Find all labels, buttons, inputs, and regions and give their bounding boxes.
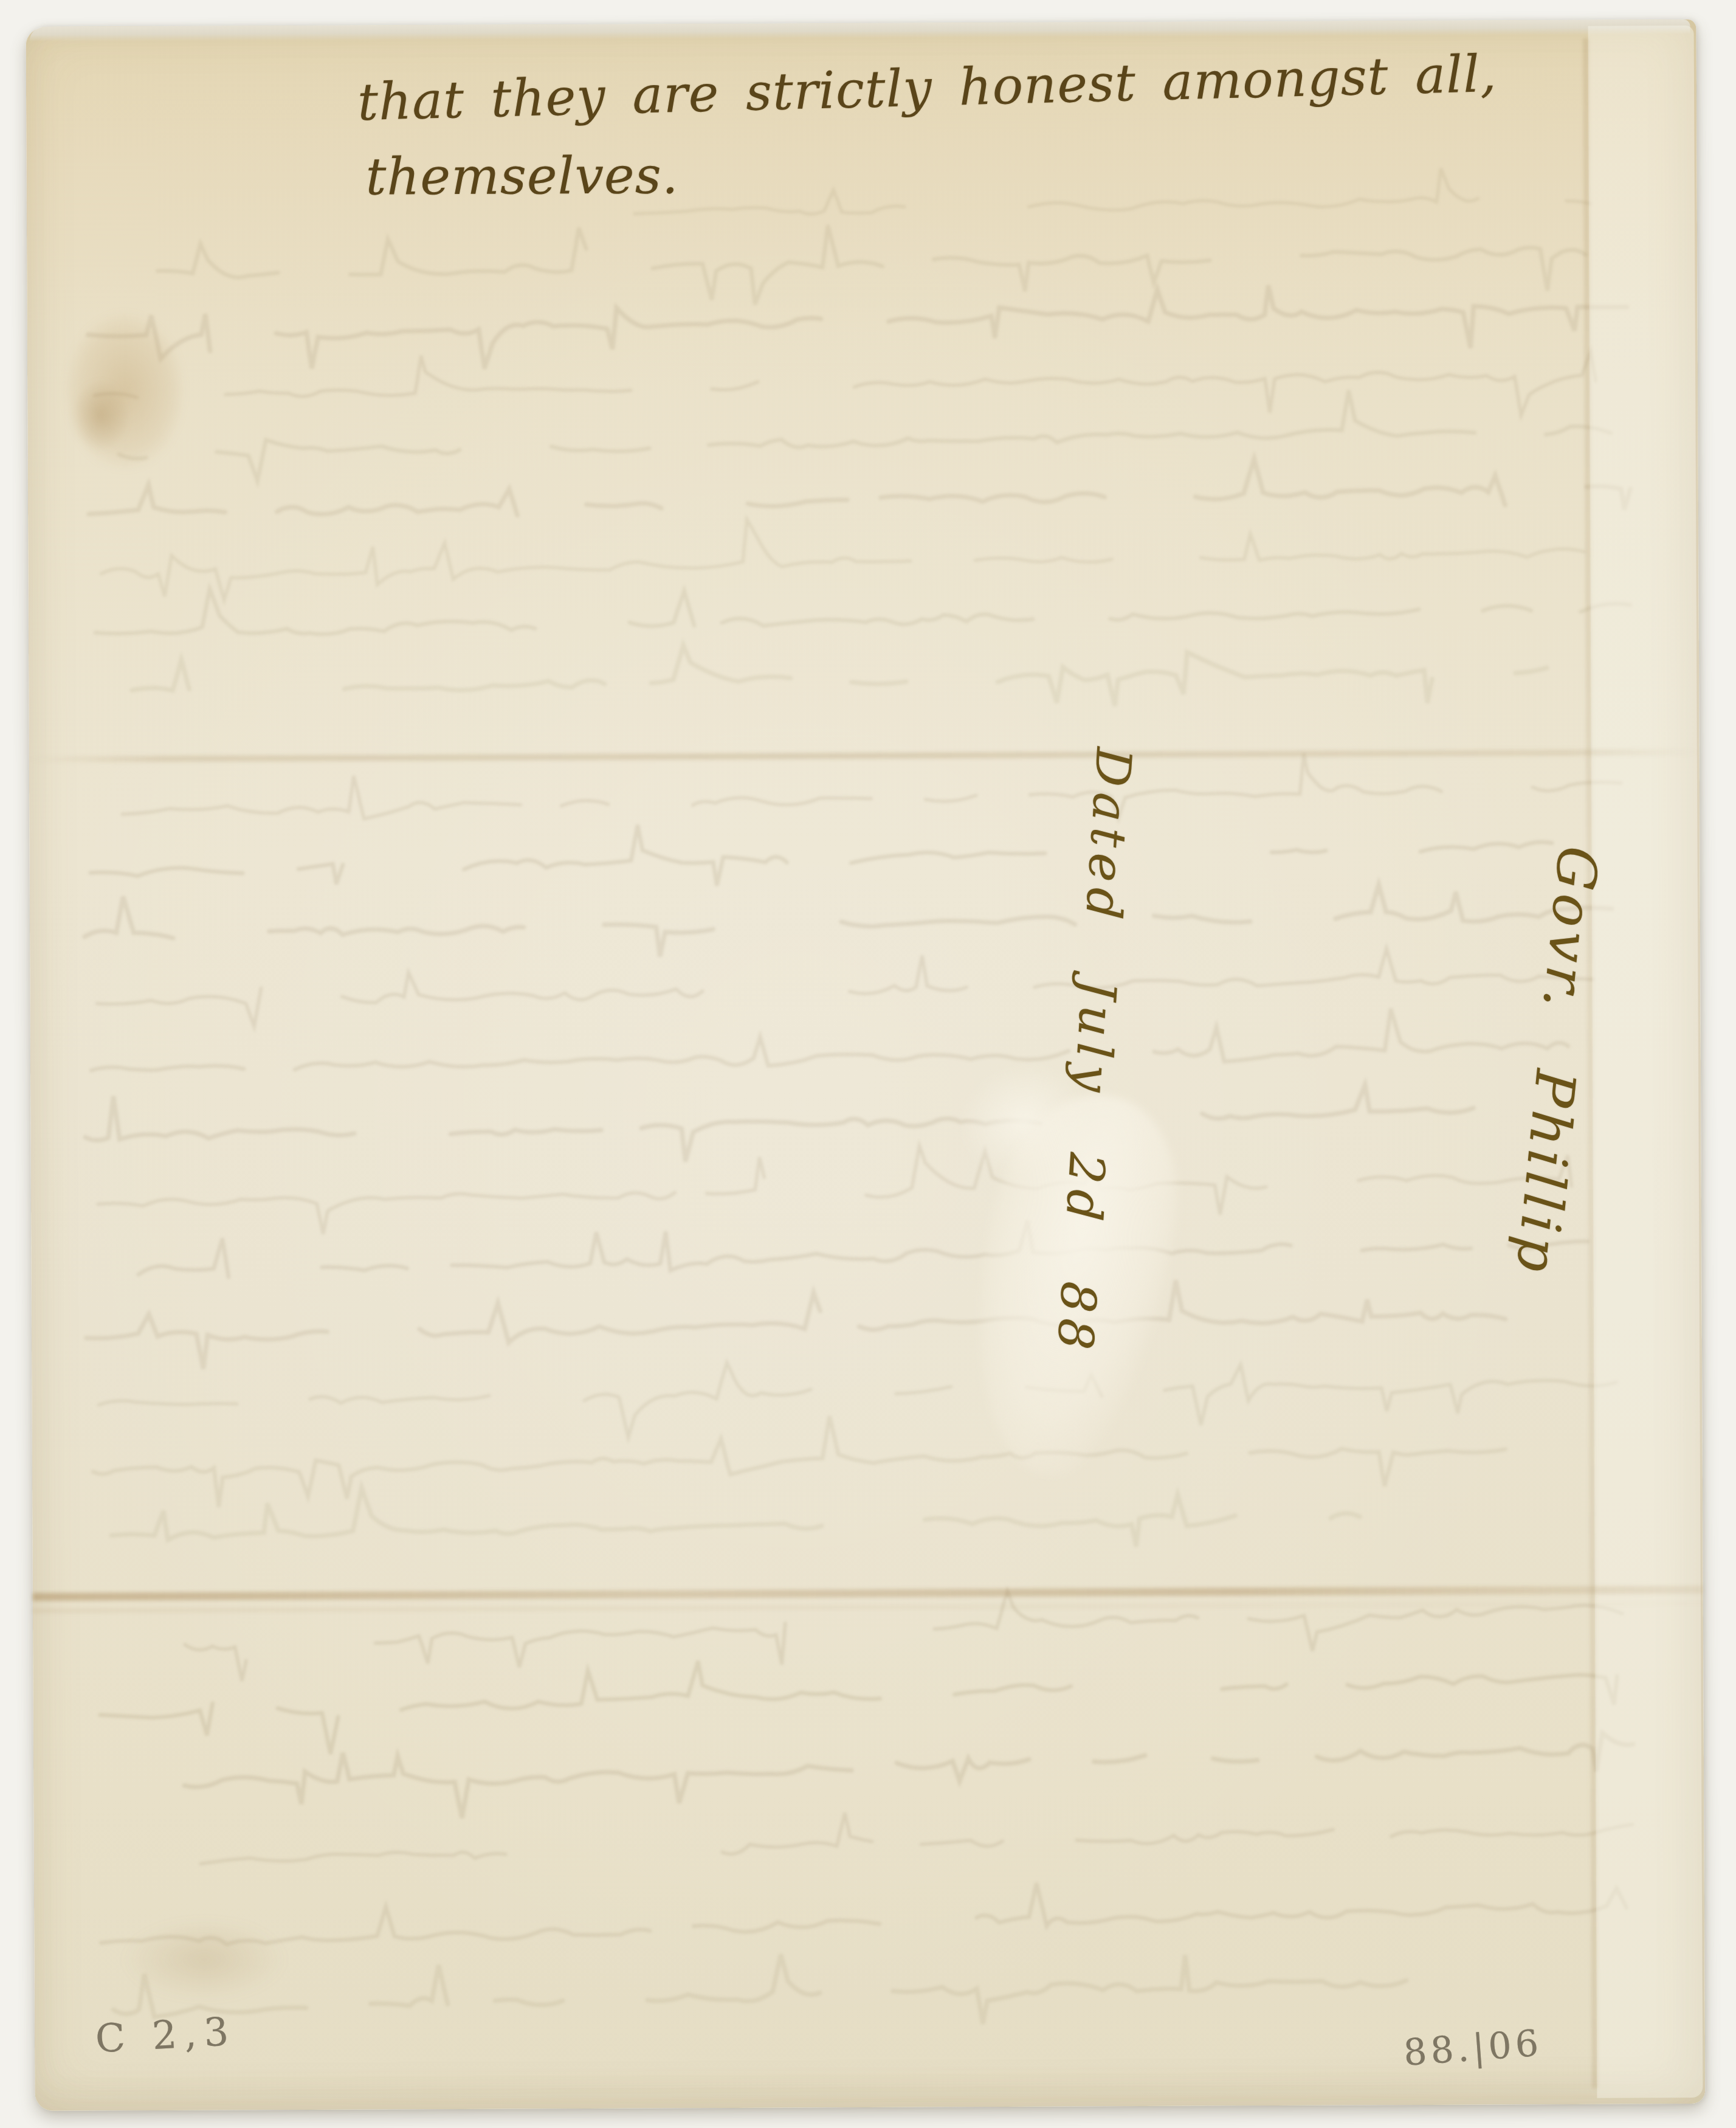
bleedthrough-writing [0, 0, 1736, 2128]
scan-background: that they are strictly honest amongst al… [0, 0, 1736, 2128]
paper-sheet: that they are strictly honest amongst al… [26, 19, 1706, 2111]
note-line-2: themselves. [365, 145, 678, 206]
catalog-mark-left: C 2,3 [94, 2009, 237, 2062]
stain [95, 1904, 314, 2015]
fold-flap-strip [1588, 26, 1703, 2098]
stain [61, 367, 140, 465]
